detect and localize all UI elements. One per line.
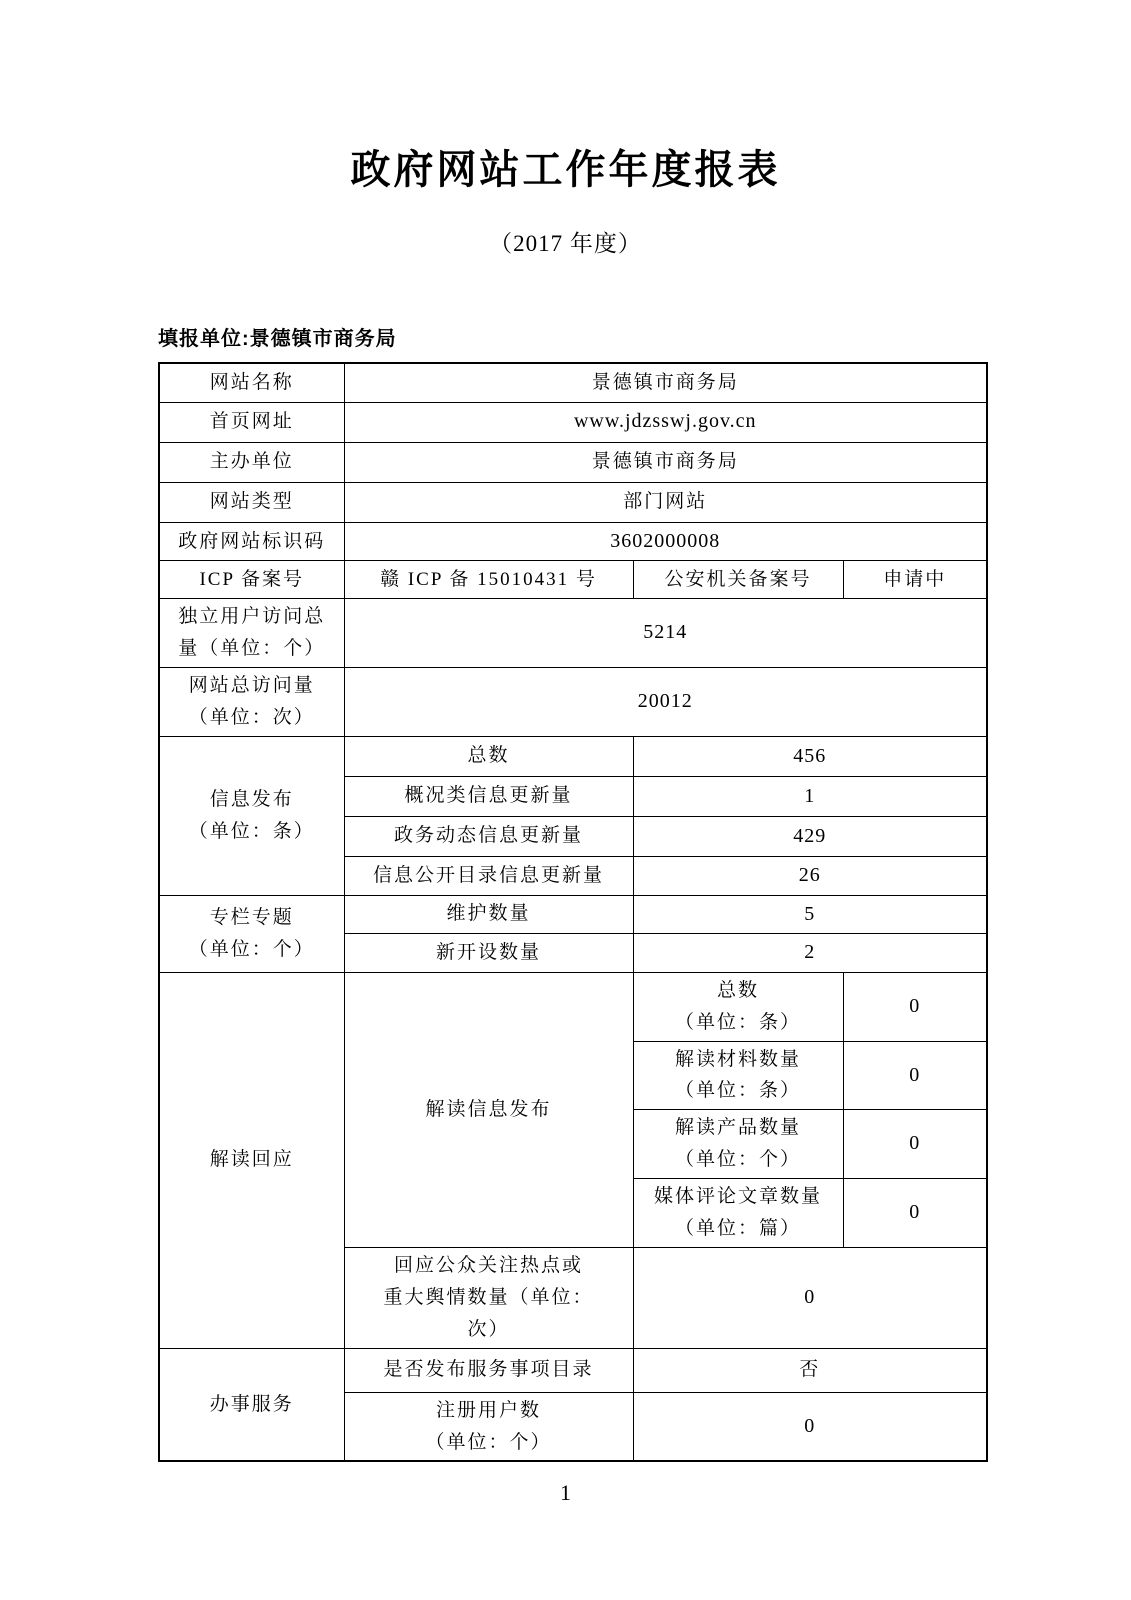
interpret-products-value-cell: 0: [843, 1110, 987, 1179]
page-title: 政府网站工作年度报表: [0, 0, 1131, 198]
unique-visitors-label-cell: 独立用户访问总 量（单位：个）: [159, 599, 344, 668]
unique-visitors-value-cell: 5214: [344, 599, 987, 668]
site-name-value-cell: 景德镇市商务局: [344, 363, 987, 402]
info-total-value-cell: 456: [633, 736, 987, 776]
row-home-url: 首页网址 www.jdzsswj.gov.cn: [159, 402, 987, 442]
columns-maintained-label-cell: 维护数量: [344, 895, 633, 934]
host-unit-value-cell: 景德镇市商务局: [344, 442, 987, 482]
home-url-label-cell: 首页网址: [159, 402, 344, 442]
service-directory-label-cell: 是否发布服务事项目录: [344, 1348, 633, 1392]
security-record-value-cell: 申请中: [843, 561, 987, 599]
icp-label-cell: ICP 备案号: [159, 561, 344, 599]
interpretation-group-cell: 解读回应: [159, 972, 344, 1348]
total-visits-value-cell: 20012: [344, 668, 987, 737]
row-total-visits: 网站总访问量 （单位：次） 20012: [159, 668, 987, 737]
report-page: 政府网站工作年度报表 （2017 年度） 填报单位:景德镇市商务局 网站名称 景…: [0, 0, 1131, 1600]
row-interpret-total: 解读回应 解读信息发布 总数 （单位：条） 0: [159, 972, 987, 1041]
row-icp: ICP 备案号 赣 ICP 备 15010431 号 公安机关备案号 申请中: [159, 561, 987, 599]
row-columns-maintained: 专栏专题 （单位：个） 维护数量 5: [159, 895, 987, 934]
site-type-label-cell: 网站类型: [159, 482, 344, 522]
registered-users-label-cell: 注册用户数 （单位：个）: [344, 1392, 633, 1461]
registered-users-value-cell: 0: [633, 1392, 987, 1461]
page-subtitle: （2017 年度）: [0, 228, 1131, 260]
public-response-value-cell: 0: [633, 1247, 987, 1348]
info-total-label-cell: 总数: [344, 736, 633, 776]
info-directory-label-cell: 信息公开目录信息更新量: [344, 856, 633, 895]
public-response-label-cell: 回应公众关注热点或 重大舆情数量（单位： 次）: [344, 1247, 633, 1348]
home-url-value-cell: www.jdzsswj.gov.cn: [344, 402, 987, 442]
row-site-id: 政府网站标识码 3602000008: [159, 522, 987, 561]
row-info-total: 信息发布 （单位：条） 总数 456: [159, 736, 987, 776]
row-host-unit: 主办单位 景德镇市商务局: [159, 442, 987, 482]
interpret-media-label-cell: 媒体评论文章数量 （单位：篇）: [633, 1179, 843, 1248]
interpret-products-label-cell: 解读产品数量 （单位：个）: [633, 1110, 843, 1179]
info-overview-value-cell: 1: [633, 776, 987, 816]
info-publish-group-cell: 信息发布 （单位：条）: [159, 736, 344, 895]
columns-maintained-value-cell: 5: [633, 895, 987, 934]
interpret-materials-label-cell: 解读材料数量 （单位：条）: [633, 1041, 843, 1110]
row-unique-visitors: 独立用户访问总 量（单位：个） 5214: [159, 599, 987, 668]
security-record-label-cell: 公安机关备案号: [633, 561, 843, 599]
special-columns-group-cell: 专栏专题 （单位：个）: [159, 895, 344, 972]
report-content: 填报单位:景德镇市商务局 网站名称 景德镇市商务局 首页网址 www.jdzss…: [158, 326, 988, 1462]
service-group-cell: 办事服务: [159, 1348, 344, 1461]
host-unit-label-cell: 主办单位: [159, 442, 344, 482]
total-visits-label-cell: 网站总访问量 （单位：次）: [159, 668, 344, 737]
reporting-unit-label: 填报单位:景德镇市商务局: [158, 326, 988, 353]
columns-new-label-cell: 新开设数量: [344, 934, 633, 973]
row-site-type: 网站类型 部门网站: [159, 482, 987, 522]
row-site-name: 网站名称 景德镇市商务局: [159, 363, 987, 402]
info-dynamic-label-cell: 政务动态信息更新量: [344, 816, 633, 856]
interpret-media-value-cell: 0: [843, 1179, 987, 1248]
annual-report-table: 网站名称 景德镇市商务局 首页网址 www.jdzsswj.gov.cn 主办单…: [158, 362, 988, 1462]
page-number: 1: [0, 1480, 1131, 1506]
row-service-directory: 办事服务 是否发布服务事项目录 否: [159, 1348, 987, 1392]
info-overview-label-cell: 概况类信息更新量: [344, 776, 633, 816]
interpret-total-value-cell: 0: [843, 972, 987, 1041]
site-type-value-cell: 部门网站: [344, 482, 987, 522]
site-name-label-cell: 网站名称: [159, 363, 344, 402]
site-id-label-cell: 政府网站标识码: [159, 522, 344, 561]
icp-value-cell: 赣 ICP 备 15010431 号: [344, 561, 633, 599]
info-dynamic-value-cell: 429: [633, 816, 987, 856]
service-directory-value-cell: 否: [633, 1348, 987, 1392]
columns-new-value-cell: 2: [633, 934, 987, 973]
interpret-total-label-cell: 总数 （单位：条）: [633, 972, 843, 1041]
interpret-materials-value-cell: 0: [843, 1041, 987, 1110]
info-directory-value-cell: 26: [633, 856, 987, 895]
site-id-value-cell: 3602000008: [344, 522, 987, 561]
interpret-publish-group-cell: 解读信息发布: [344, 972, 633, 1247]
